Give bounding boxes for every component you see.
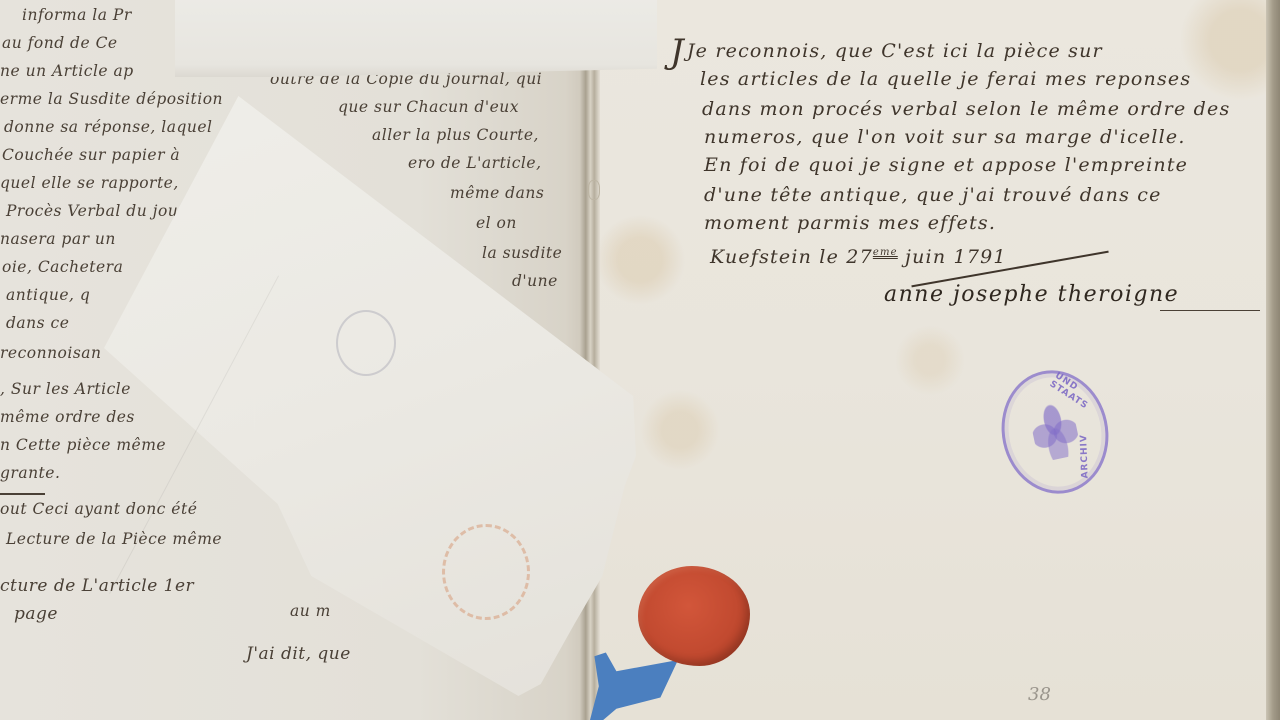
book-edge [1266, 0, 1280, 720]
left-line: antique, q [6, 286, 90, 304]
left-line: au fond de Ce [2, 34, 118, 52]
declaration-line: JJe reconnois, que C'est ici la pièce su… [670, 40, 1103, 62]
date-day: 27 [846, 246, 873, 268]
red-wax-seal [638, 566, 750, 666]
date-month: juin [905, 246, 946, 268]
letter-sheet [104, 96, 664, 696]
left-line: nasera par un [0, 230, 116, 248]
declaration-text: Je reconnois, que C'est ici la pièce sur [687, 40, 1103, 62]
left-line: reconnoisan [0, 344, 102, 362]
signature-underline [1160, 310, 1260, 311]
declaration-line: numeros, que l'on voit sur sa marge d'ic… [704, 126, 1186, 148]
declaration-line: dans mon procés verbal selon le même ord… [702, 98, 1230, 120]
place-date: Kuefstein le 27eme juin 1791 [710, 246, 1007, 268]
declaration-line: moment parmis mes effets. [704, 212, 996, 234]
declaration-line: d'une tête antique, que j'ai trouvé dans… [704, 184, 1162, 206]
manuscript-photo: informa la Pr au fond de Ce ne un Articl… [0, 0, 1280, 720]
place: Kuefstein [710, 246, 812, 268]
faint-stamp-impression [336, 310, 396, 376]
overlay-paper-strip [175, 0, 657, 77]
divider-rule [0, 493, 45, 495]
left-line: dans ce [6, 314, 69, 332]
left-line: page [14, 604, 58, 624]
page-number: 38 [1028, 684, 1051, 705]
declaration-line: En foi de quoi je signe et appose l'empr… [704, 154, 1188, 176]
date-day-suffix: eme [873, 247, 898, 258]
double-headed-eagle-icon [1027, 399, 1082, 463]
folded-letter [104, 96, 664, 696]
signature: anne josephe theroigne [884, 282, 1179, 307]
left-line: grante. [0, 464, 60, 482]
left-line: informa la Pr [22, 6, 132, 24]
wax-residue-mark [442, 524, 530, 620]
date-prefix: le [819, 246, 839, 268]
stamp-text-bottom: ARCHIV [1079, 434, 1091, 479]
declaration-line: les articles de la quelle je ferai mes r… [700, 68, 1191, 90]
left-line: ne un Article ap [0, 62, 134, 80]
date-year: 1791 [954, 246, 1007, 268]
